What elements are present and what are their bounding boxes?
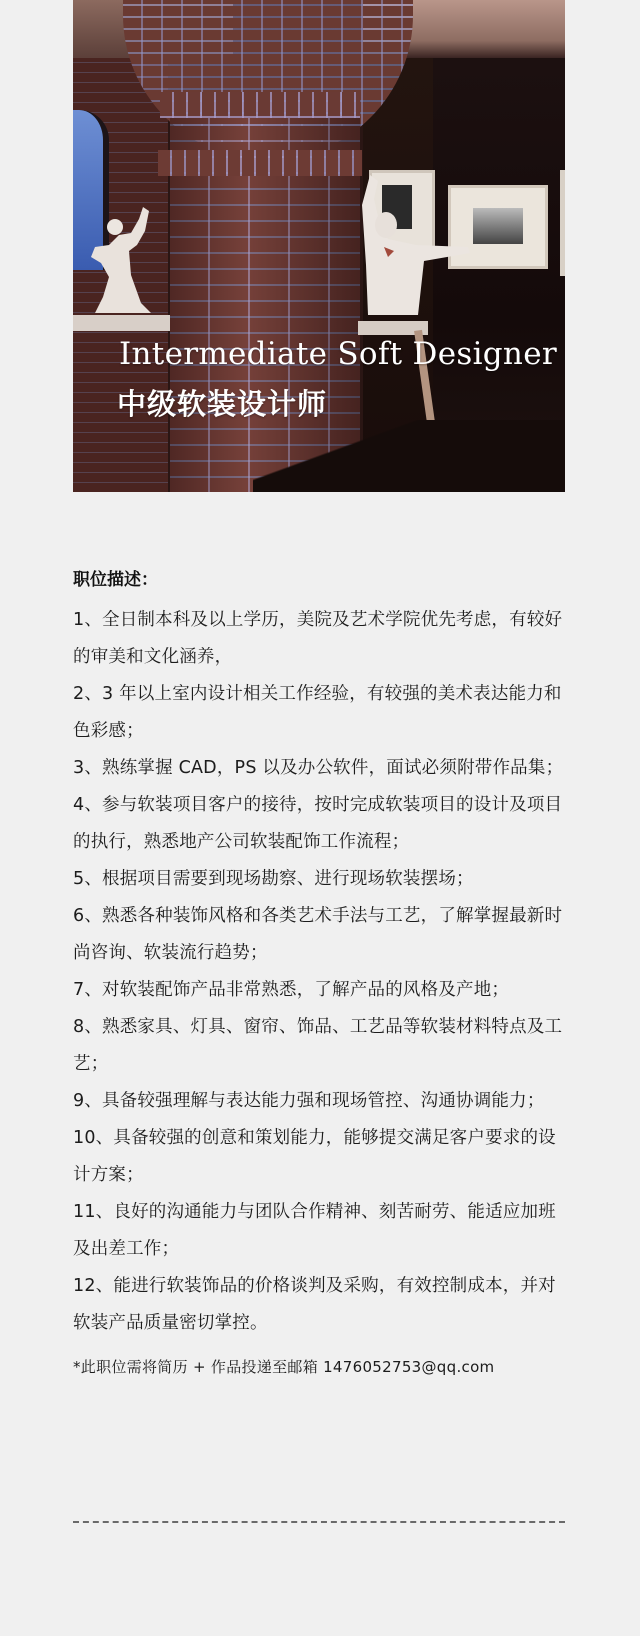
- picture-frame-edge: [560, 170, 565, 276]
- requirement-item: 10、具备较强的创意和策划能力，能够提交满足客户要求的设计方案；: [73, 1120, 573, 1194]
- ledge: [73, 315, 170, 331]
- pillar-capital-lower: [158, 150, 362, 176]
- staircase: [253, 420, 565, 492]
- requirement-item: 1、全日制本科及以上学历，美院及艺术学院优先考虑，有较好的审美和文化涵养，: [73, 602, 573, 676]
- sculpture-right: [358, 175, 478, 325]
- pillar-capital: [160, 92, 360, 118]
- application-email-note: *此职位需将简历 + 作品投递至邮箱 1476052753@qq.com: [73, 1356, 573, 1378]
- hero-title-english: Intermediate Soft Designer: [119, 336, 557, 372]
- requirement-item: 5、根据项目需要到现场勘察、进行现场软装摆场；: [73, 861, 573, 898]
- section-heading: 职位描述：: [73, 568, 573, 592]
- requirement-item: 7、对软装配饰产品非常熟悉，了解产品的风格及产地；: [73, 972, 573, 1009]
- requirement-item: 8、熟悉家具、灯具、窗帘、饰品、工艺品等软装材料特点及工艺；: [73, 1009, 573, 1083]
- requirement-item: 4、参与软装项目客户的接待，按时完成软装项目的设计及项目的执行，熟悉地产公司软装…: [73, 787, 573, 861]
- job-description-section: 职位描述： 1、全日制本科及以上学历，美院及艺术学院优先考虑，有较好的审美和文化…: [73, 568, 573, 1378]
- requirement-item: 2、3 年以上室内设计相关工作经验，有较强的美术表达能力和色彩感；: [73, 676, 573, 750]
- hero-title-chinese: 中级软装设计师: [117, 382, 327, 423]
- requirement-item: 9、具备较强理解与表达能力强和现场管控、沟通协调能力；: [73, 1083, 573, 1120]
- requirement-item: 6、熟悉各种装饰风格和各类艺术手法与工艺，了解掌握最新时尚咨询、软装流行趋势；: [73, 898, 573, 972]
- sculpture-left: [85, 205, 165, 315]
- dashed-divider: [73, 1521, 565, 1523]
- requirement-item: 3、熟练掌握 CAD，PS 以及办公软件，面试必须附带作品集；: [73, 750, 573, 787]
- hero-image: Intermediate Soft Designer 中级软装设计师: [73, 0, 565, 492]
- requirement-item: 11、良好的沟通能力与团队合作精神、刻苦耐劳、能适应加班及出差工作；: [73, 1194, 573, 1268]
- requirement-item: 12、能进行软装饰品的价格谈判及采购，有效控制成本，并对软装产品质量密切掌控。: [73, 1268, 573, 1342]
- requirements-list: 1、全日制本科及以上学历，美院及艺术学院优先考虑，有较好的审美和文化涵养， 2、…: [73, 602, 573, 1342]
